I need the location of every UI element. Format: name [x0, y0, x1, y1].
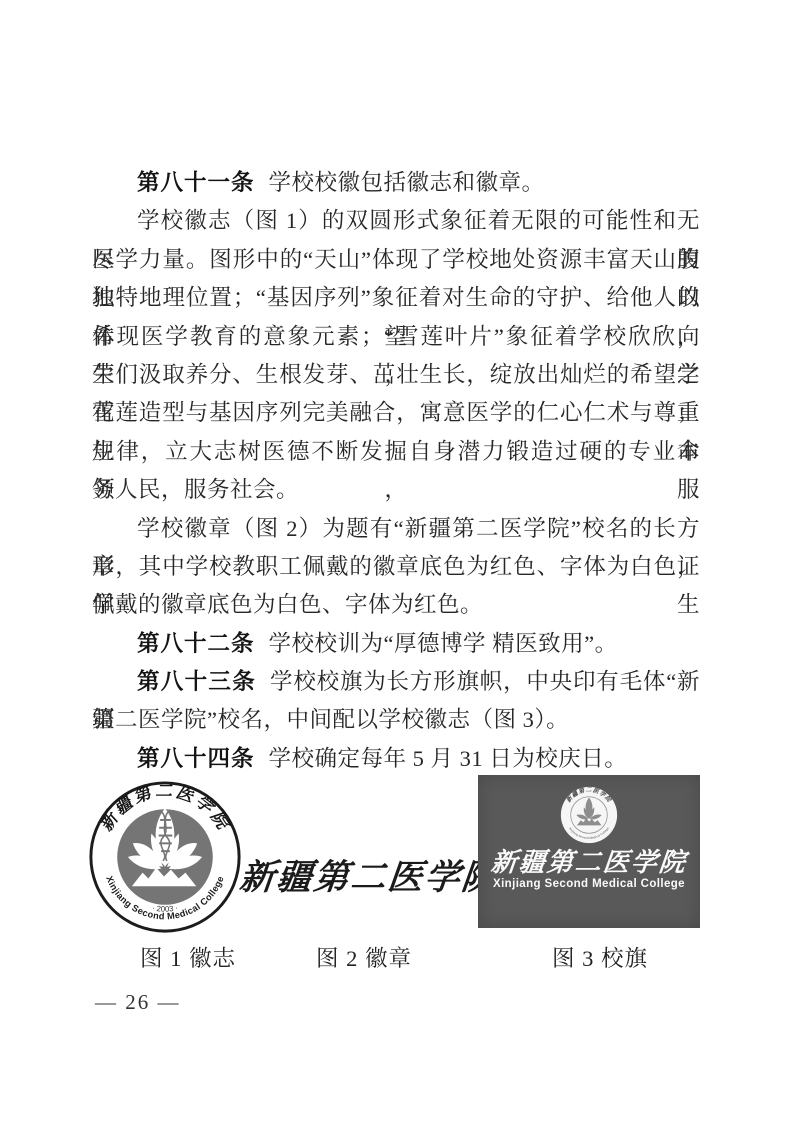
- school-emblem-icon: 新疆第二医学院 Xinjiang Second Medical College …: [87, 779, 243, 935]
- document-line: 学校徽志（图 1）的双圆形式象征着无限的可能性和无尽的: [92, 202, 700, 240]
- document-line: 第二医学院”校名，中间配以学校徽志（图 3）。: [92, 701, 700, 739]
- document-page: 第八十一条学校校徽包括徽志和徽章。学校徽志（图 1）的双圆形式象征着无限的可能性…: [0, 0, 793, 1121]
- figure-badge: 新疆第二医学院: [267, 845, 471, 905]
- line-text: 学校校训为“厚德博学 精医致用”。: [269, 631, 618, 656]
- line-text: 学校确定每年 5 月 31 日为校庆日。: [269, 746, 628, 771]
- figure1-caption: 图 1 徽志: [108, 946, 268, 972]
- figure-flag: 新疆第二医学院 Xinjiang Second Medical College …: [478, 775, 700, 928]
- document-line: 医学力量。图形中的“天山”体现了学校地处资源丰富天山腹地的: [92, 241, 700, 279]
- document-line: 第八十四条学校确定每年 5 月 31 日为校庆日。: [92, 740, 700, 778]
- document-line: 第八十一条学校校徽包括徽志和徽章。: [92, 164, 700, 202]
- document-line: 学校徽章（图 2）为题有“新疆第二医学院”校名的长方形证: [92, 510, 700, 548]
- line-text: 佩戴的徽章底色为白色、字体为红色。: [92, 592, 483, 617]
- text-block: 第八十一条学校校徽包括徽志和徽章。学校徽志（图 1）的双圆形式象征着无限的可能性…: [92, 164, 700, 778]
- page-number: — 26 —: [95, 990, 181, 1015]
- line-text: 务人民，服务社会。: [92, 477, 299, 502]
- article-number: 第八十二条: [137, 631, 255, 656]
- article-number: 第八十一条: [137, 170, 255, 195]
- flag-latin-text: Xinjiang Second Medical College: [493, 878, 685, 890]
- article-number: 第八十四条: [137, 746, 255, 771]
- document-line: 雪莲造型与基因序列完美融合，寓意医学的仁心仁术与尊重生命: [92, 394, 700, 432]
- article-number: 第八十三条: [137, 669, 256, 694]
- document-line: 规律，立大志树医德不断发掘自身潜力锻造过硬的专业本领，服: [92, 433, 700, 471]
- document-line: 体现医学教育的意象元素；“雪莲叶片”象征着学校欣欣向荣，学: [92, 318, 700, 356]
- badge-calligraphy-text: 新疆第二医学院: [237, 850, 501, 900]
- document-line: 第八十三条学校校旗为长方形旗帜，中央印有毛体“新疆: [92, 663, 700, 701]
- flag-calligraphy-text: 新疆第二医学院: [490, 849, 689, 877]
- line-text: 学校校徽包括徽志和徽章。: [269, 170, 545, 195]
- document-line: 第八十二条学校校训为“厚德博学 精医致用”。: [92, 625, 700, 663]
- document-line: 章，其中学校教职工佩戴的徽章底色为红色、字体为白色，学生: [92, 548, 700, 586]
- figure-emblem: 新疆第二医学院 Xinjiang Second Medical College …: [87, 779, 243, 935]
- figure3-caption: 图 3 校旗: [520, 946, 680, 972]
- document-line: 生们汲取养分、生根发芽、茁壮生长，绽放出灿烂的希望之花；: [92, 356, 700, 394]
- document-line: 独特地理位置；“基因序列”象征着对生命的守护、给他人以希望，: [92, 279, 700, 317]
- figure2-caption: 图 2 徽章: [284, 946, 444, 972]
- flag-emblem-icon: 新疆第二医学院 Xinjiang Second Medical College: [559, 785, 619, 845]
- line-text: 第二医学院”校名，中间配以学校徽志（图 3）。: [92, 707, 569, 732]
